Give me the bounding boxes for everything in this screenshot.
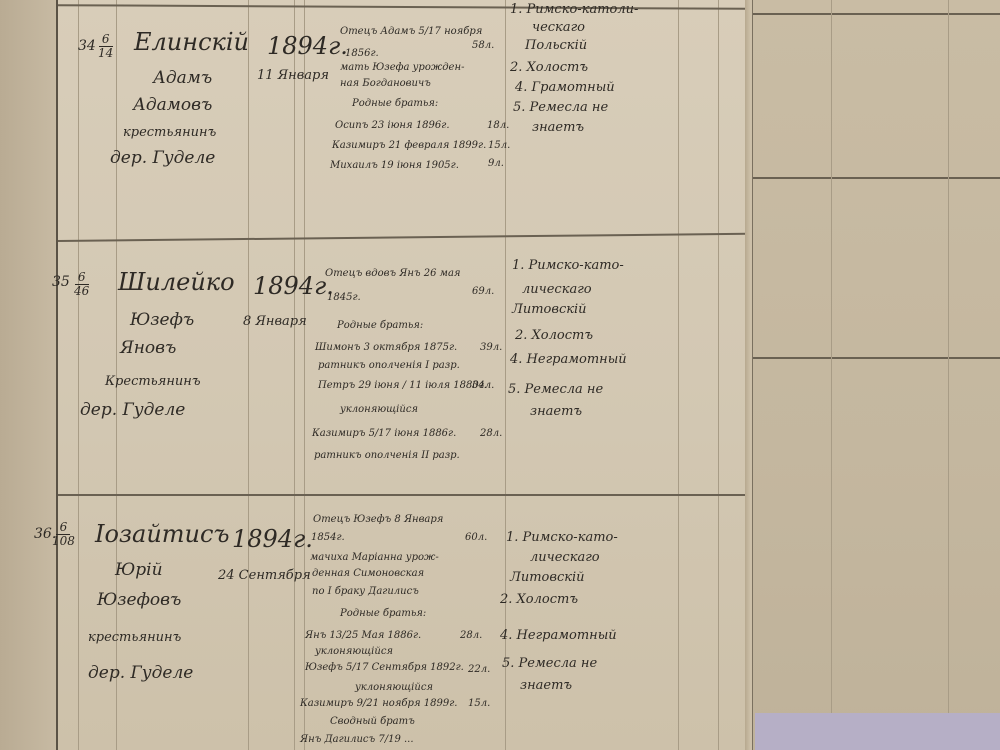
- note-line: Польскiй: [525, 38, 587, 53]
- note-line: 5. Ремесла не: [502, 656, 597, 671]
- note-line: знаетъ: [532, 120, 584, 135]
- surname: Елинскiй: [134, 28, 249, 56]
- family-line: уклоняющiйся: [355, 682, 433, 693]
- family-age: 22л.: [468, 664, 490, 675]
- family-line: уклоняющiйся: [340, 404, 418, 415]
- family-age: 9л.: [488, 158, 504, 169]
- row-separator: [58, 233, 748, 242]
- column-rule: [718, 0, 719, 750]
- estate: крестьянинъ: [88, 630, 181, 645]
- family-line: по I браку Дагилисъ: [312, 586, 419, 597]
- family-age: 58л.: [472, 40, 494, 51]
- family-age: 15л.: [468, 698, 490, 709]
- birth-year: 1894г.: [253, 272, 334, 300]
- note-line: ческаго: [532, 20, 585, 35]
- patronymic: Адамовъ: [133, 95, 212, 115]
- family-line: Петръ 29 iюня / 11 iюля 1880г.: [318, 380, 487, 391]
- note-line: 4. Неграмотный: [500, 628, 617, 643]
- note-line: 4. Грамотный: [515, 80, 615, 95]
- village: дер. Гуделе: [80, 400, 185, 420]
- note-line: 4. Неграмотный: [510, 352, 627, 367]
- family-age: 34л.: [472, 380, 494, 391]
- family-line: 1854г.: [311, 532, 345, 543]
- family-line: мачиха Марiанна урож-: [310, 552, 439, 563]
- family-age: 28л.: [460, 630, 482, 641]
- estate: крестьянинъ: [123, 125, 216, 140]
- note-line: знаетъ: [520, 678, 572, 693]
- family-line: 1856г.: [345, 48, 379, 59]
- patronymic: Юзефовъ: [97, 590, 181, 610]
- family-line: Казимиръ 9/21 ноября 1899г.: [300, 698, 457, 709]
- family-line: Родные братья:: [340, 608, 426, 619]
- birth-date: 8 Января: [243, 314, 307, 329]
- birth-date: 24 Сентября: [218, 568, 311, 583]
- family-line: ратникъ ополченiя II разр.: [314, 450, 460, 461]
- surname: Шилейко: [118, 268, 235, 296]
- family-line: уклоняющiйся: [315, 646, 393, 657]
- row-separator: [753, 357, 1000, 359]
- note-line: 1. Римско-като-: [506, 530, 618, 545]
- village: дер. Гуделе: [110, 148, 215, 168]
- family-line: мать Юзефа урожден-: [340, 62, 464, 73]
- left-margin: [0, 0, 60, 750]
- given-name: Юзефъ: [130, 310, 194, 330]
- right-page: [752, 0, 1000, 750]
- row-separator: [753, 177, 1000, 179]
- patronymic: Яновъ: [120, 338, 176, 358]
- family-line: Родные братья:: [352, 98, 438, 109]
- family-age: 15л.: [488, 140, 510, 151]
- note-line: лическаго: [530, 550, 600, 565]
- note-line: лическаго: [522, 282, 592, 297]
- family-line: Михаилъ 19 iюня 1905г.: [330, 160, 459, 171]
- note-line: Литовскiй: [510, 570, 585, 585]
- fraction: 6108: [52, 521, 75, 548]
- family-age: 39л.: [480, 342, 502, 353]
- note-line: 5. Ремесла не: [513, 100, 608, 115]
- row-number: 34: [78, 38, 96, 54]
- family-line: ратникъ ополченiя I разр.: [318, 360, 460, 371]
- column-rule: [948, 0, 949, 750]
- birth-year: 1894г.: [232, 525, 313, 553]
- family-line: Отецъ вдовъ Янъ 26 мая: [325, 268, 461, 279]
- column-rule: [294, 0, 295, 750]
- family-line: Отецъ Адамъ 5/17 ноября: [340, 26, 482, 37]
- family-line: Юзефъ 5/17 Сентября 1892г.: [305, 662, 464, 673]
- surname: Iозайтисъ: [95, 520, 229, 548]
- given-name: Юрiй: [115, 560, 163, 580]
- note-line: Литовскiй: [512, 302, 587, 317]
- estate: Крестьянинъ: [105, 374, 201, 389]
- given-name: Адамъ: [153, 68, 212, 88]
- village: дер. Гуделе: [88, 663, 193, 683]
- row-number: 35: [52, 274, 70, 290]
- birth-year: 1894г.: [267, 32, 348, 60]
- note-line: 1. Римско-католи-: [510, 2, 638, 17]
- family-line: Родные братья:: [337, 320, 423, 331]
- column-rule: [831, 0, 832, 750]
- family-age: 60л.: [465, 532, 487, 543]
- family-line: 1845г.: [327, 292, 361, 303]
- column-rule: [78, 0, 79, 750]
- row-separator: [753, 13, 1000, 15]
- family-line: Осипъ 23 iюня 1896г.: [335, 120, 450, 131]
- family-line: Шимонъ 3 октября 1875г.: [315, 342, 457, 353]
- note-line: 5. Ремесла не: [508, 382, 603, 397]
- row-separator: [58, 494, 748, 496]
- family-age: 28л.: [480, 428, 502, 439]
- column-rule: [248, 0, 249, 750]
- note-line: 2. Холостъ: [510, 60, 588, 75]
- fraction: 646: [74, 271, 89, 298]
- family-line: денная Симоновская: [312, 568, 424, 579]
- museum-label-card: [755, 713, 1000, 750]
- family-line: Сводный братъ: [330, 716, 415, 727]
- family-line: Отецъ Юзефъ 8 Января: [313, 514, 443, 525]
- family-age: 69л.: [472, 286, 494, 297]
- note-line: 2. Холостъ: [515, 328, 593, 343]
- family-line: Казимиръ 21 февраля 1899г.: [332, 140, 486, 151]
- note-line: 1. Римско-като-: [512, 258, 624, 273]
- family-line: Янъ Дагилисъ 7/19 ...: [300, 734, 414, 745]
- register-photo: 34 614 Елинскiй Адамъ Адамовъ крестьянин…: [0, 0, 1000, 750]
- family-line: ная Богдановичъ: [340, 78, 431, 89]
- fraction: 614: [98, 33, 113, 60]
- row-separator: [58, 4, 748, 10]
- family-line: Казимиръ 5/17 iюня 1886г.: [312, 428, 456, 439]
- family-age: 18л.: [487, 120, 509, 131]
- column-rule: [678, 0, 679, 750]
- birth-date: 11 Января: [257, 68, 329, 83]
- note-line: 2. Холостъ: [500, 592, 578, 607]
- family-line: Янъ 13/25 Мая 1886г.: [305, 630, 421, 641]
- note-line: знаетъ: [530, 404, 582, 419]
